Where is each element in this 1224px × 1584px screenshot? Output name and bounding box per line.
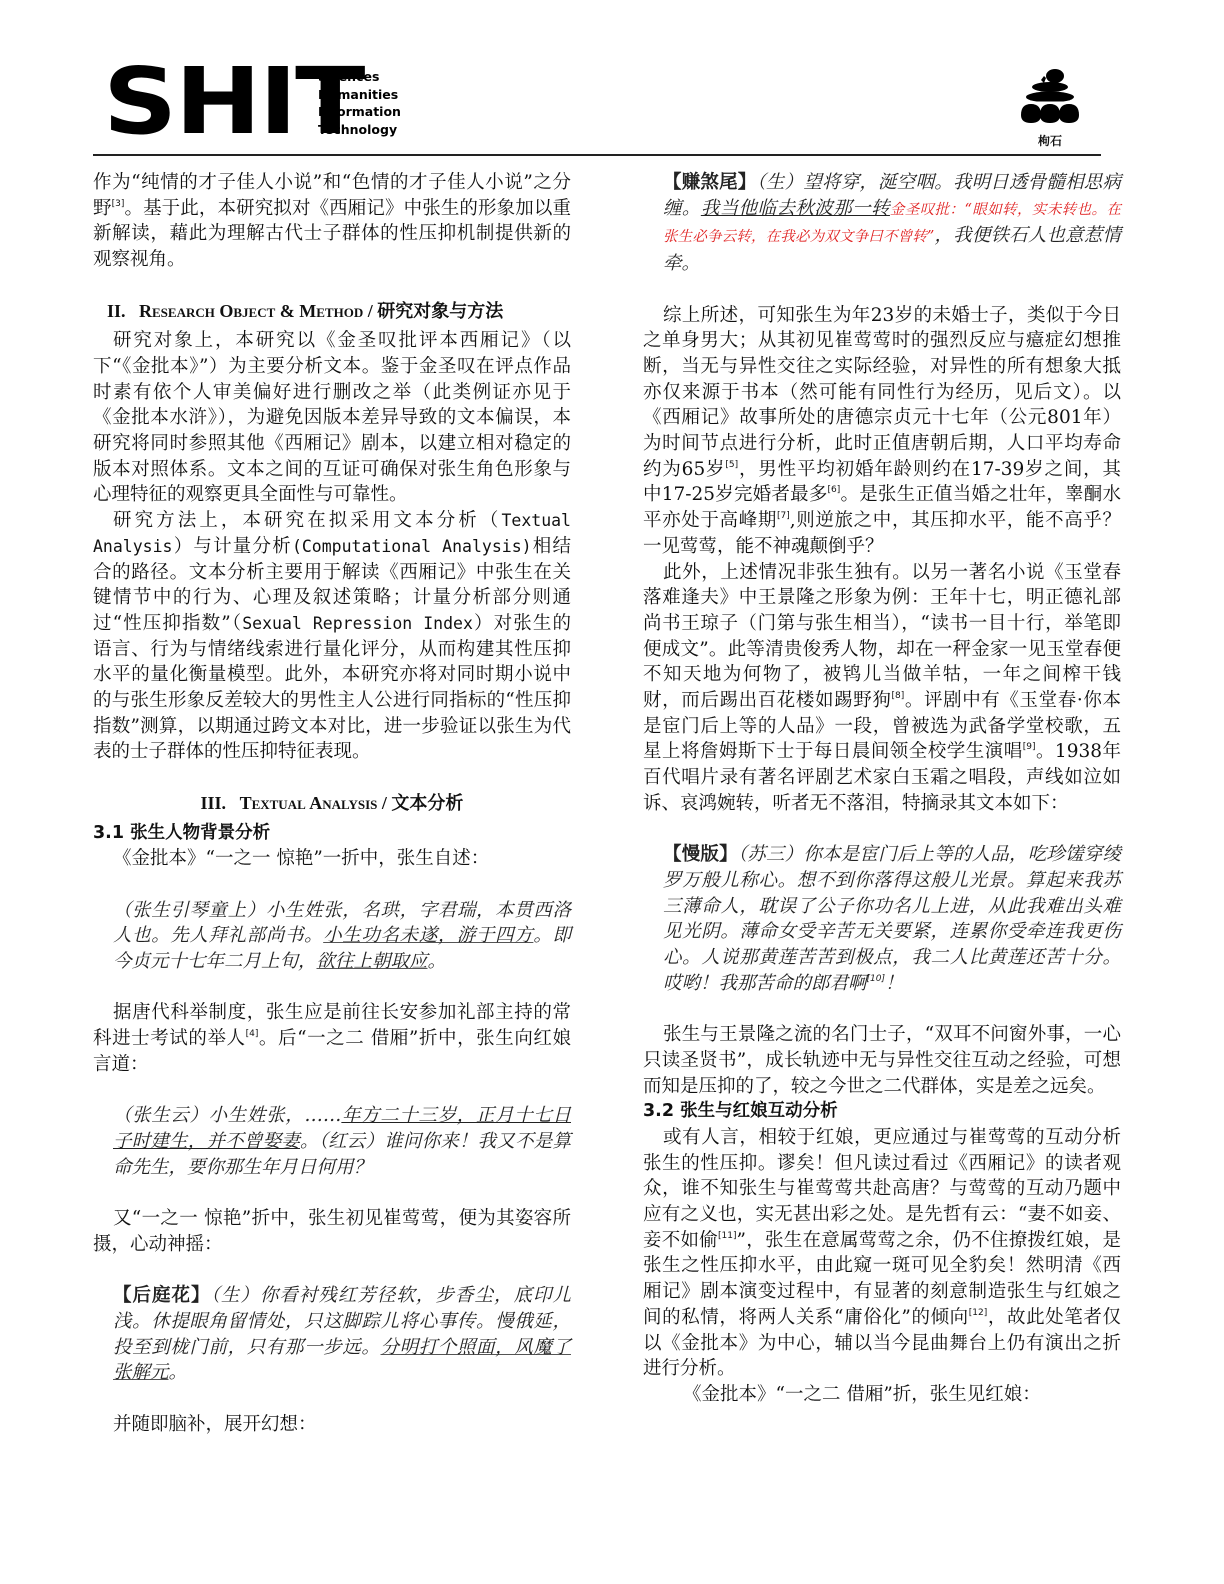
citation-ref[interactable]: [3] bbox=[112, 199, 125, 209]
tune-name: 【慢版】 bbox=[663, 844, 738, 865]
paragraph: 张生与王景隆之流的名门士子，“双耳不问窗外事，一心只读圣贤书”，成长轨迹中无与异… bbox=[643, 1022, 1121, 1099]
underlined-quote-text: 我当他临去秋波那一转 bbox=[701, 198, 890, 219]
quote-text: （苏三）你本是宦门后上等的人品，吃珍馐穿绫罗万般儿称心。想不到你落得这般儿光景。… bbox=[663, 844, 1121, 994]
block-quote: （张生云）小生姓张，……年方二十三岁，正月十七日子时建生，并不曾娶妻。（红云）谁… bbox=[113, 1103, 571, 1180]
text: 此外，上述情况非张生独有。以另一著名小说《玉堂春落难逢夫》中王景隆之形象为例：王… bbox=[643, 562, 1121, 712]
citation-ref[interactable]: [8] bbox=[891, 691, 904, 701]
summary-paragraph: 综上所述，可知张生为年23岁的未婚士子，类似于今日之单身男大；从其初见崔莺莺时的… bbox=[643, 303, 1121, 560]
emblem-label: 枸石 bbox=[1015, 132, 1085, 149]
text: ）与计量分析 bbox=[172, 536, 291, 557]
text: 。基于此，本研究拟对《西厢记》中张生的形象加以重新解读，藉此为理解古代士子群体的… bbox=[93, 198, 571, 270]
text: Sexual Repression Index bbox=[242, 614, 473, 633]
comparison-paragraph: 此外，上述情况非张生独有。以另一著名小说《玉堂春落难逢夫》中王景隆之形象为例：王… bbox=[643, 560, 1121, 817]
header-rule bbox=[93, 154, 1101, 156]
logo-subtitle-line: Information bbox=[318, 103, 401, 121]
underlined-quote-text: 欲往上朝取应 bbox=[317, 951, 428, 972]
subsection-heading-3-2: 3.2 张生与红娘互动分析 bbox=[643, 1099, 1121, 1125]
text: 研究方法上，本研究在拟采用文本分析（ bbox=[113, 510, 501, 531]
quote-text: 。 bbox=[428, 951, 447, 972]
spacer bbox=[93, 1180, 571, 1206]
spacer bbox=[93, 273, 571, 299]
quote-text: 。 bbox=[169, 1362, 188, 1383]
citation-ref[interactable]: [12] bbox=[969, 1308, 987, 1318]
citation-ref[interactable]: [10] bbox=[867, 974, 885, 984]
section-heading-2: II. Research Object & Method / 研究对象与方法 bbox=[107, 299, 571, 325]
spacer bbox=[643, 277, 1121, 303]
logo-subtitle-line: Technology bbox=[318, 121, 401, 139]
stacked-stones-icon bbox=[1017, 68, 1083, 126]
block-quote: （张生引琴童上）小生姓张，名珙，字君瑞，本贯西洛人也。先人拜礼部尚书。小生功名未… bbox=[113, 898, 571, 975]
spacer bbox=[643, 996, 1121, 1022]
research-method-paragraph: 研究方法上，本研究在拟采用文本分析（Textual Analysis）与计量分析… bbox=[93, 508, 571, 765]
logo-subtitle-line: Humanities bbox=[318, 86, 401, 104]
spacer bbox=[93, 975, 571, 1001]
section-title-en: Research Object & Method bbox=[139, 301, 363, 321]
citation-ref[interactable]: [4] bbox=[246, 1029, 259, 1039]
subsection-heading-3-1: 3.1 张生人物背景分析 bbox=[93, 821, 571, 847]
citation-ref[interactable]: [5] bbox=[725, 460, 738, 470]
spacer bbox=[93, 872, 571, 898]
tune-name: 【后庭花】 bbox=[113, 1285, 211, 1306]
spacer bbox=[93, 765, 571, 791]
section-title-en: Textual Analysis bbox=[240, 793, 378, 813]
spacer bbox=[93, 1386, 571, 1412]
block-quote: 【后庭花】（生）你看衬残红芳径软，步香尘，底印儿浅。休提眼角留情处，只这脚踪儿将… bbox=[113, 1283, 571, 1386]
journal-logo-subtitle: Sciences Humanities Information Technolo… bbox=[318, 68, 401, 138]
paragraph: 《金批本》“一之二 借厢”折，张生见红娘： bbox=[643, 1382, 1121, 1408]
paragraph: 据唐代科举制度，张生应是前往长安参加礼部主持的常科进士考试的举人[4]。后“一之… bbox=[93, 1000, 571, 1077]
spacer bbox=[93, 1078, 571, 1104]
paragraph: 并随即脑补，展开幻想： bbox=[93, 1412, 571, 1438]
spacer bbox=[93, 1257, 571, 1283]
section-title-zh: / 文本分析 bbox=[377, 793, 463, 813]
tune-name: 【赚煞尾】 bbox=[663, 172, 756, 193]
page-header: SHIT Sciences Humanities Information Tec… bbox=[93, 60, 1103, 156]
citation-ref[interactable]: [6] bbox=[828, 485, 841, 495]
text: 综上所述，可知张生为年23岁的未婚士子，类似于今日之单身男大；从其初见崔莺莺时的… bbox=[643, 305, 1121, 480]
block-quote: 【慢版】（苏三）你本是宦门后上等的人品，吃珍馐穿绫罗万般儿称心。想不到你落得这般… bbox=[663, 842, 1121, 996]
left-column: 作为“纯情的才子佳人小说”和“色情的才子佳人小说”之分野[3]。基于此，本研究拟… bbox=[93, 170, 571, 1437]
citation-ref[interactable]: [11] bbox=[718, 1231, 736, 1241]
section-number: III. bbox=[201, 793, 227, 813]
text: ）对张生的语言、行为与情绪线索进行量化评分，从而构建其性压抑水平的量化衡量模型。… bbox=[93, 613, 571, 763]
section-number: II. bbox=[107, 301, 126, 321]
section-title-zh: / 研究对象与方法 bbox=[363, 301, 503, 321]
quote-text: （张生云）小生姓张，…… bbox=[113, 1105, 341, 1126]
logo-subtitle-line: Sciences bbox=[318, 68, 401, 86]
paragraph: 又“一之一 惊艳”折中，张生初见崔莺莺，便为其姿容所摄，心动神摇： bbox=[93, 1206, 571, 1257]
citation-ref[interactable]: [7] bbox=[777, 511, 790, 521]
right-column: 【赚煞尾】（生）望将穿，涎空咽。我明日透骨髓相思病缠。我当他临去秋波那一转金圣叹… bbox=[643, 170, 1121, 1408]
block-quote: 【赚煞尾】（生）望将穿，涎空咽。我明日透骨髓相思病缠。我当他临去秋波那一转金圣叹… bbox=[663, 170, 1121, 277]
publisher-emblem: 枸石 bbox=[1015, 68, 1085, 148]
text: (Computational Analysis) bbox=[292, 537, 532, 556]
intro-paragraph: 作为“纯情的才子佳人小说”和“色情的才子佳人小说”之分野[3]。基于此，本研究拟… bbox=[93, 170, 571, 273]
paragraph: 或有人言，相较于红娘，更应通过与崔莺莺的互动分析张生的性压抑。谬矣！但凡读过看过… bbox=[643, 1125, 1121, 1382]
underlined-quote-text: 小生功名未遂，游于四方 bbox=[323, 925, 533, 946]
quote-text: ！ bbox=[885, 973, 904, 994]
section-heading-3: III. Textual Analysis / 文本分析 bbox=[93, 791, 571, 817]
research-object-paragraph: 研究对象上，本研究以《金圣叹批评本西厢记》（以下“《金批本》”）为主要分析文本。… bbox=[93, 328, 571, 508]
paragraph: 《金批本》“一之一 惊艳”一折中，张生自述： bbox=[93, 846, 571, 872]
spacer bbox=[643, 817, 1121, 843]
citation-ref[interactable]: [9] bbox=[1023, 742, 1036, 752]
